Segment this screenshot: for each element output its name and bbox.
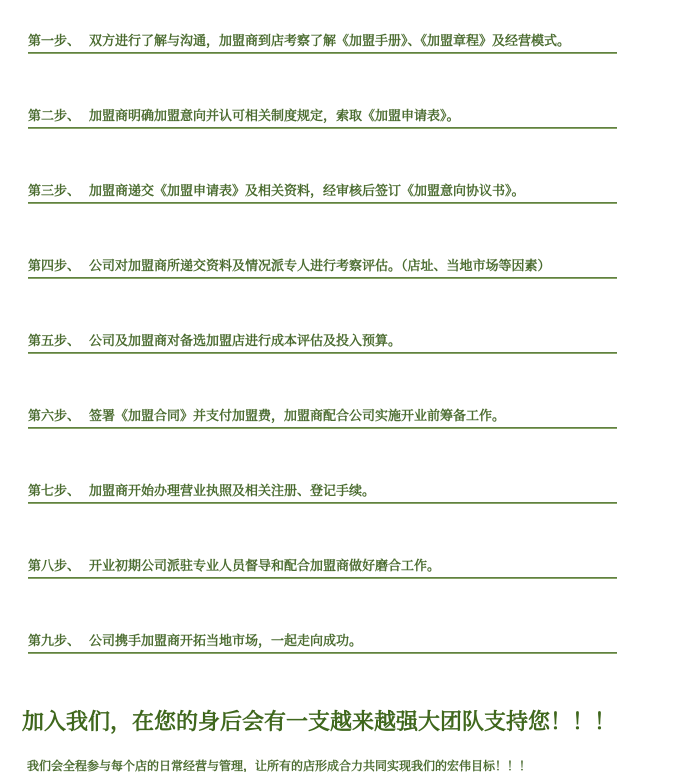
- step-label: 第二步、: [28, 109, 80, 124]
- step-text-line: 第二步、加盟商明确加盟意向并认可相关制度规定，索取《加盟申请表》。: [28, 109, 617, 125]
- step-underline: [28, 277, 617, 279]
- step-text-line: 第五步、公司及加盟商对备选加盟店进行成本评估及投入预算。: [28, 334, 617, 350]
- step-text: 加盟商开始办理营业执照及相关注册、登记手续。: [89, 484, 375, 499]
- franchise-steps-document: 第一步、双方进行了解与沟通，加盟商到店考察了解《加盟手册》、《加盟章程》及经营模…: [0, 0, 680, 772]
- step-text: 开业初期公司派驻专业人员督导和配合加盟商做好磨合工作。: [89, 559, 440, 574]
- step-text-line: 第九步、公司携手加盟商开拓当地市场，一起走向成功。: [28, 634, 617, 650]
- step-underline: [28, 52, 617, 54]
- step-text-line: 第一步、双方进行了解与沟通，加盟商到店考察了解《加盟手册》、《加盟章程》及经营模…: [28, 34, 617, 50]
- step-label: 第五步、: [28, 334, 80, 349]
- step-text-line: 第八步、开业初期公司派驻专业人员督导和配合加盟商做好磨合工作。: [28, 559, 617, 575]
- step-label: 第八步、: [28, 559, 80, 574]
- step-row: 第六步、签署《加盟合同》并支付加盟费，加盟商配合公司实施开业前筹备工作。: [28, 409, 617, 429]
- step-label: 第七步、: [28, 484, 80, 499]
- step-row: 第一步、双方进行了解与沟通，加盟商到店考察了解《加盟手册》、《加盟章程》及经营模…: [28, 34, 617, 54]
- step-underline: [28, 652, 617, 654]
- step-text: 加盟商明确加盟意向并认可相关制度规定，索取《加盟申请表》。: [89, 109, 460, 124]
- step-text: 公司携手加盟商开拓当地市场，一起走向成功。: [89, 634, 362, 649]
- step-text: 签署《加盟合同》并支付加盟费，加盟商配合公司实施开业前筹备工作。: [89, 409, 505, 424]
- step-label: 第九步、: [28, 634, 80, 649]
- step-row: 第三步、加盟商递交《加盟申请表》及相关资料，经审核后签订《加盟意向协议书》。: [28, 184, 617, 204]
- step-text-line: 第七步、加盟商开始办理营业执照及相关注册、登记手续。: [28, 484, 617, 500]
- step-label: 第六步、: [28, 409, 80, 424]
- step-row: 第五步、公司及加盟商对备选加盟店进行成本评估及投入预算。: [28, 334, 617, 354]
- step-label: 第一步、: [28, 34, 80, 49]
- step-row: 第二步、加盟商明确加盟意向并认可相关制度规定，索取《加盟申请表》。: [28, 109, 617, 129]
- step-label: 第三步、: [28, 184, 80, 199]
- step-text: 双方进行了解与沟通，加盟商到店考察了解《加盟手册》、《加盟章程》及经营模式。: [89, 34, 570, 49]
- step-row: 第四步、公司对加盟商所递交资料及情况派专人进行考察评估。（店址、当地市场等因素）: [28, 259, 617, 279]
- step-underline: [28, 427, 617, 429]
- step-label: 第四步、: [28, 259, 80, 274]
- step-underline: [28, 577, 617, 579]
- join-us-headline: 加入我们，在您的身后会有一支越来越强大团队支持您！！！: [22, 709, 670, 737]
- step-text: 公司对加盟商所递交资料及情况派专人进行考察评估。（店址、当地市场等因素）: [89, 259, 551, 274]
- step-underline: [28, 202, 617, 204]
- step-underline: [28, 127, 617, 129]
- step-row: 第八步、开业初期公司派驻专业人员督导和配合加盟商做好磨合工作。: [28, 559, 617, 579]
- step-text: 公司及加盟商对备选加盟店进行成本评估及投入预算。: [89, 334, 401, 349]
- step-underline: [28, 502, 617, 504]
- step-underline: [28, 352, 617, 354]
- step-text-line: 第四步、公司对加盟商所递交资料及情况派专人进行考察评估。（店址、当地市场等因素）: [28, 259, 617, 275]
- step-row: 第九步、公司携手加盟商开拓当地市场，一起走向成功。: [28, 634, 617, 654]
- step-text: 加盟商递交《加盟申请表》及相关资料，经审核后签订《加盟意向协议书》。: [89, 184, 525, 199]
- step-text-line: 第三步、加盟商递交《加盟申请表》及相关资料，经审核后签订《加盟意向协议书》。: [28, 184, 617, 200]
- step-text-line: 第六步、签署《加盟合同》并支付加盟费，加盟商配合公司实施开业前筹备工作。: [28, 409, 617, 425]
- footer-note: 我们会全程参与每个店的日常经营与管理，让所有的店形成合力共同实现我们的宏伟目标！…: [27, 759, 670, 772]
- step-row: 第七步、加盟商开始办理营业执照及相关注册、登记手续。: [28, 484, 617, 504]
